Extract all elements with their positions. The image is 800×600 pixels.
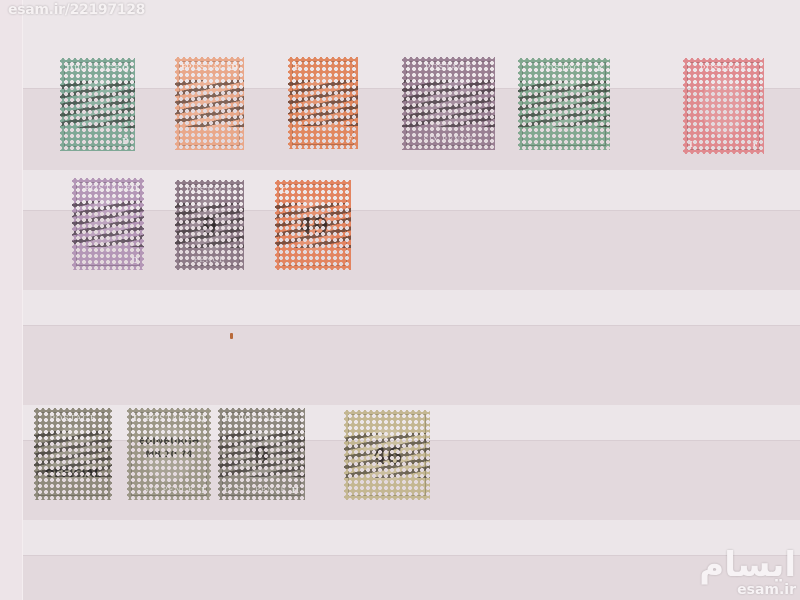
postmark: EDINBURGHMR 10 74: [127, 436, 211, 462]
album-pocket-3: [22, 325, 800, 406]
cancellation-bars: [72, 201, 144, 247]
cancellation-bars: [288, 80, 358, 126]
stamp: POSTAGEOD: [72, 178, 144, 270]
corner-letter: D: [131, 255, 138, 265]
stamp-value-label: SIX PENCE: [133, 486, 205, 494]
corner-letter: I: [201, 485, 205, 495]
stamp-top-label: POSTAGE: [689, 64, 758, 73]
stamp-top-label: POSTAGE: [181, 186, 238, 195]
cancellation-bars: [402, 80, 495, 127]
corner-letter: F: [181, 62, 187, 72]
corner-letter: Q: [198, 413, 205, 423]
album-strip-2: [22, 290, 800, 325]
stamp-top-label: POSTAGE: [133, 414, 205, 423]
stamp: 46: [344, 410, 430, 500]
stamp-top-label: POSTAGE: [66, 64, 129, 73]
stamp: POSTAGEOFFICIAL: [34, 408, 112, 500]
cancel-number: 9: [218, 443, 305, 469]
album-left-margin: [0, 0, 23, 600]
stamp-top-label: POSTAGE: [524, 64, 604, 73]
stamp: POSTAGEIF: [683, 58, 764, 154]
cancel-number: 49: [275, 214, 351, 240]
cancel-number: 9: [175, 214, 244, 240]
corner-letter: F: [346, 134, 352, 144]
corner-letter: D: [122, 136, 129, 146]
overprint: OFFICIAL: [34, 467, 112, 480]
stamp: POSTAGEDQD: [60, 58, 135, 151]
stamp: POSTAGEK: [518, 58, 610, 150]
corner-letter: C: [224, 485, 230, 495]
queen-portrait: [701, 77, 746, 135]
stamp: POSTAGESIX PENCEIQIEDINBURGHMR 10 74: [127, 408, 211, 500]
cancellation-bars: [175, 80, 244, 127]
cancellation-bars: [518, 81, 610, 127]
esam-logo: ایسام esam.ir: [699, 548, 796, 598]
corner-letter: F: [294, 62, 300, 72]
stamp: POSTAGESIX PENCE: [402, 57, 495, 150]
corner-letter: D: [231, 62, 238, 72]
corner-letter: I: [133, 413, 137, 423]
stamp-top-label: POSTAGE: [181, 63, 238, 72]
stamp-top-label: POSTAGE: [40, 414, 106, 423]
stamp-value-label: SIX PENCE: [408, 136, 489, 144]
watermark-url: esam.ir/22197128: [8, 2, 145, 18]
corner-letter: F: [752, 139, 758, 149]
stamp-top-label: POSTAGE: [224, 414, 299, 423]
stamp-value-label: PENCE: [181, 256, 238, 264]
cancel-number: 46: [344, 444, 430, 470]
corner-letter: K: [597, 63, 604, 73]
corner-letter: D: [66, 63, 73, 73]
cancellation-bars: [60, 81, 135, 128]
logo-persian: ایسام: [699, 548, 796, 582]
stamp-top-label: POSTAGE: [78, 184, 138, 193]
stamp: POSTAGEPENCE9: [175, 180, 244, 270]
stamp: POSTAGEFD: [175, 57, 244, 150]
corner-letter: G: [281, 185, 288, 195]
stamp: FF: [288, 57, 358, 149]
corner-letter: H: [291, 485, 299, 495]
corner-letter: O: [131, 183, 138, 193]
stamp: POSTAGESIX PENCEHCH9: [218, 408, 305, 500]
stamp-top-label: POSTAGE: [408, 63, 489, 72]
stamp-value-label: SIX PENCE: [224, 486, 299, 494]
stamp: G49: [275, 180, 351, 270]
corner-letter: Q: [122, 63, 129, 73]
album-strip-4: [22, 520, 800, 555]
debris-speck: [230, 333, 233, 339]
album-pocket-5: [22, 555, 800, 600]
corner-letter: H: [224, 413, 232, 423]
corner-letter: I: [689, 139, 693, 149]
